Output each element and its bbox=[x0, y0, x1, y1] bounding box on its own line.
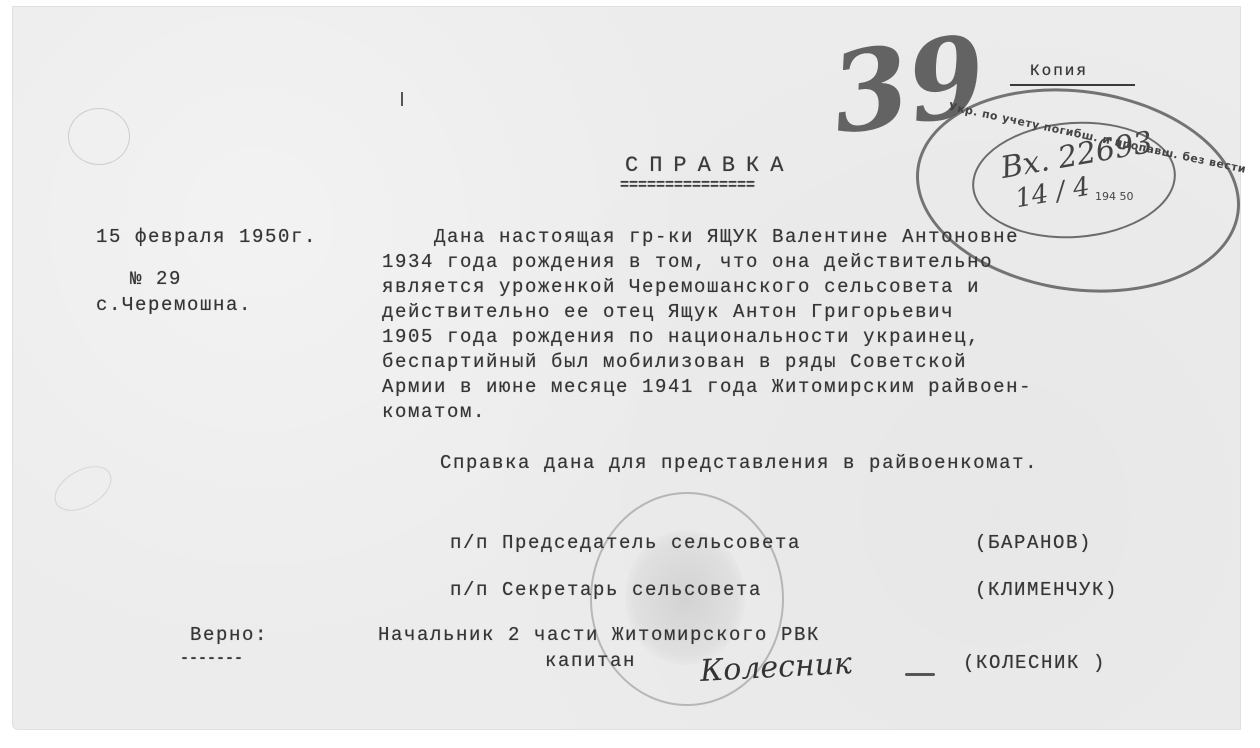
body-line: Армии в июне месяце 1941 года Житомирски… bbox=[382, 376, 1032, 398]
document-place: с.Черемошна. bbox=[96, 294, 252, 316]
ink-speck bbox=[401, 92, 403, 106]
title-underline: =============== bbox=[620, 177, 755, 194]
body-line: 1934 года рождения в том, что она действ… bbox=[382, 251, 993, 273]
body-line: действительно ее отец Ящук Антон Григорь… bbox=[382, 301, 954, 323]
body-line: коматом. bbox=[382, 401, 486, 423]
certification-rank: капитан bbox=[545, 650, 636, 672]
copy-label-underline bbox=[1010, 84, 1135, 86]
certification-role: Начальник 2 части Житомирского РВК bbox=[378, 624, 820, 646]
body-line: Дана настоящая гр-ки ЯЩУК Валентине Анто… bbox=[382, 226, 1019, 248]
body-line: беспартийный был мобилизован в ряды Сове… bbox=[382, 351, 967, 373]
certification-label-underline: ------- bbox=[180, 650, 243, 667]
body-line: является уроженкой Черемошанского сельсо… bbox=[382, 276, 980, 298]
purpose-line: Справка дана для представления в райвоен… bbox=[440, 452, 1038, 474]
document-title: СПРАВКА bbox=[625, 153, 794, 178]
document-date: 15 февраля 1950г. bbox=[96, 226, 317, 248]
incoming-year: 194 50 bbox=[1095, 190, 1134, 203]
signatory-name-chairman: (БАРАНОВ) bbox=[975, 532, 1092, 554]
body-line: 1905 года рождения по национальности укр… bbox=[382, 326, 980, 348]
paper-crease bbox=[68, 108, 130, 165]
signatory-role-secretary: п/п Секретарь сельсовета bbox=[450, 579, 762, 601]
copy-label: Копия bbox=[1030, 62, 1088, 80]
document-number: № 29 bbox=[130, 268, 182, 290]
signatory-role-chairman: п/п Председатель сельсовета bbox=[450, 532, 801, 554]
certification-label: Верно: bbox=[190, 624, 268, 646]
signatory-name-secretary: (КЛИМЕНЧУК) bbox=[975, 579, 1118, 601]
certification-name: (КОЛЕСНИК ) bbox=[963, 652, 1106, 674]
signature-flourish bbox=[905, 673, 935, 676]
